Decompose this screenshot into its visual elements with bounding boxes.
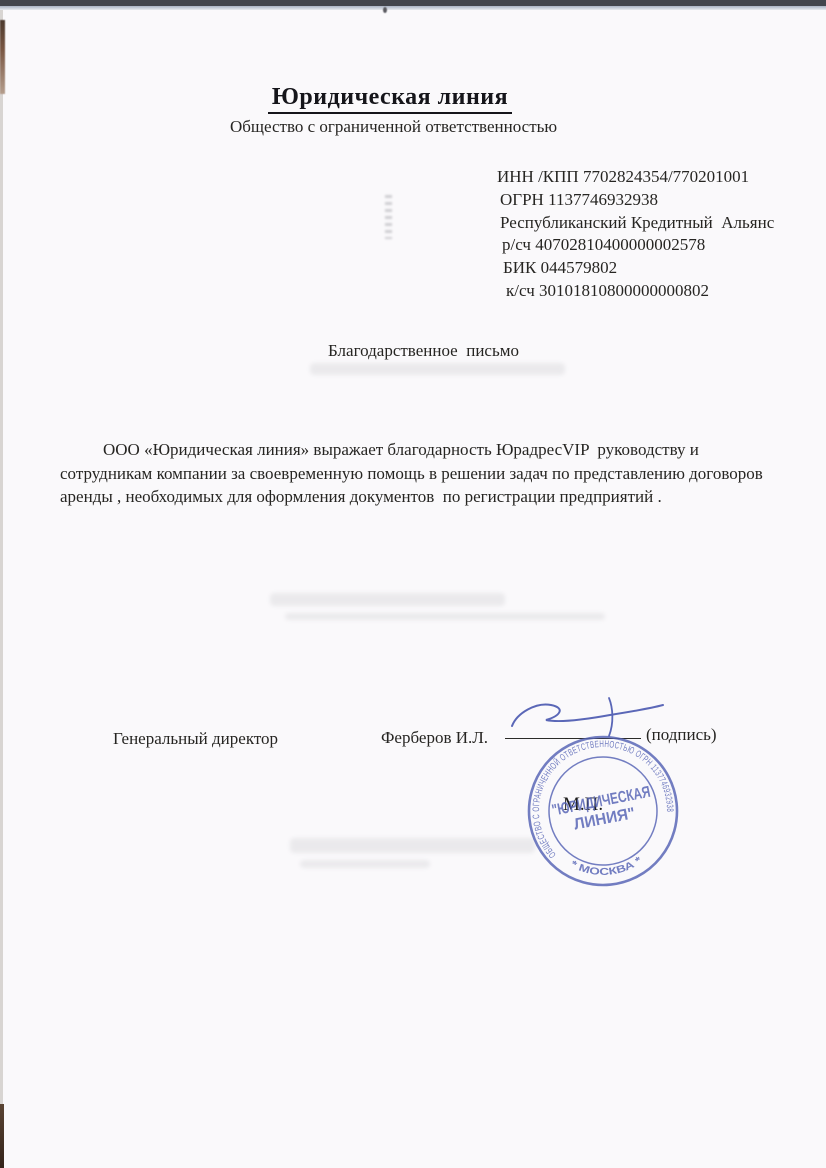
company-round-stamp: ОБЩЕСТВО С ОГРАНИЧЕННОЙ ОТВЕТСТВЕННОСТЬЮ… [510, 718, 697, 905]
scan-artifact-left-bottom [0, 1104, 4, 1168]
ghost-text-artifact [300, 860, 430, 868]
scan-speck [383, 7, 387, 13]
letterhead: Юридическая линия Общество с ограниченно… [230, 84, 550, 137]
body-line: ООО «Юридическая линия» выражает благода… [60, 438, 776, 462]
scan-artifact-left-top [0, 20, 5, 94]
company-requisites: ИНН /КПП 7702824354/770201001 ОГРН 11377… [497, 166, 774, 303]
company-title: Юридическая линия [268, 84, 512, 114]
ghost-text-artifact [290, 838, 535, 853]
requisite-bik: БИК 044579802 [503, 257, 774, 280]
scan-edge-left [0, 10, 3, 1168]
requisite-account: р/сч 40702810400000002578 [502, 234, 774, 257]
ghost-text-artifact [270, 593, 505, 606]
requisite-bank-name: Республиканский Кредитный Альянс [500, 212, 774, 235]
scan-artifact-squiggle [385, 195, 392, 239]
requisite-corr-account: к/сч 30101810800000000802 [506, 280, 774, 303]
ghost-text-artifact [285, 613, 605, 620]
company-legal-form: Общество с ограниченной ответственностью [230, 117, 550, 137]
ghost-text-artifact [310, 363, 565, 375]
body-line: аренды , необходимых для оформления доку… [60, 485, 776, 509]
letter-body: ООО «Юридическая линия» выражает благода… [60, 438, 776, 509]
signer-position: Генеральный директор [113, 729, 278, 749]
signer-name: Ферберов И.Л. [381, 728, 488, 748]
requisite-inn-kpp: ИНН /КПП 7702824354/770201001 [497, 166, 774, 189]
scan-edge-top-shadow [0, 6, 826, 10]
requisite-ogrn: ОГРН 1137746932938 [500, 189, 774, 212]
body-line: сотрудникам компании за своевременную по… [60, 462, 776, 486]
letter-heading: Благодарственное письмо [328, 341, 519, 361]
scanned-letter-page: Юридическая линия Общество с ограниченно… [0, 0, 826, 1168]
